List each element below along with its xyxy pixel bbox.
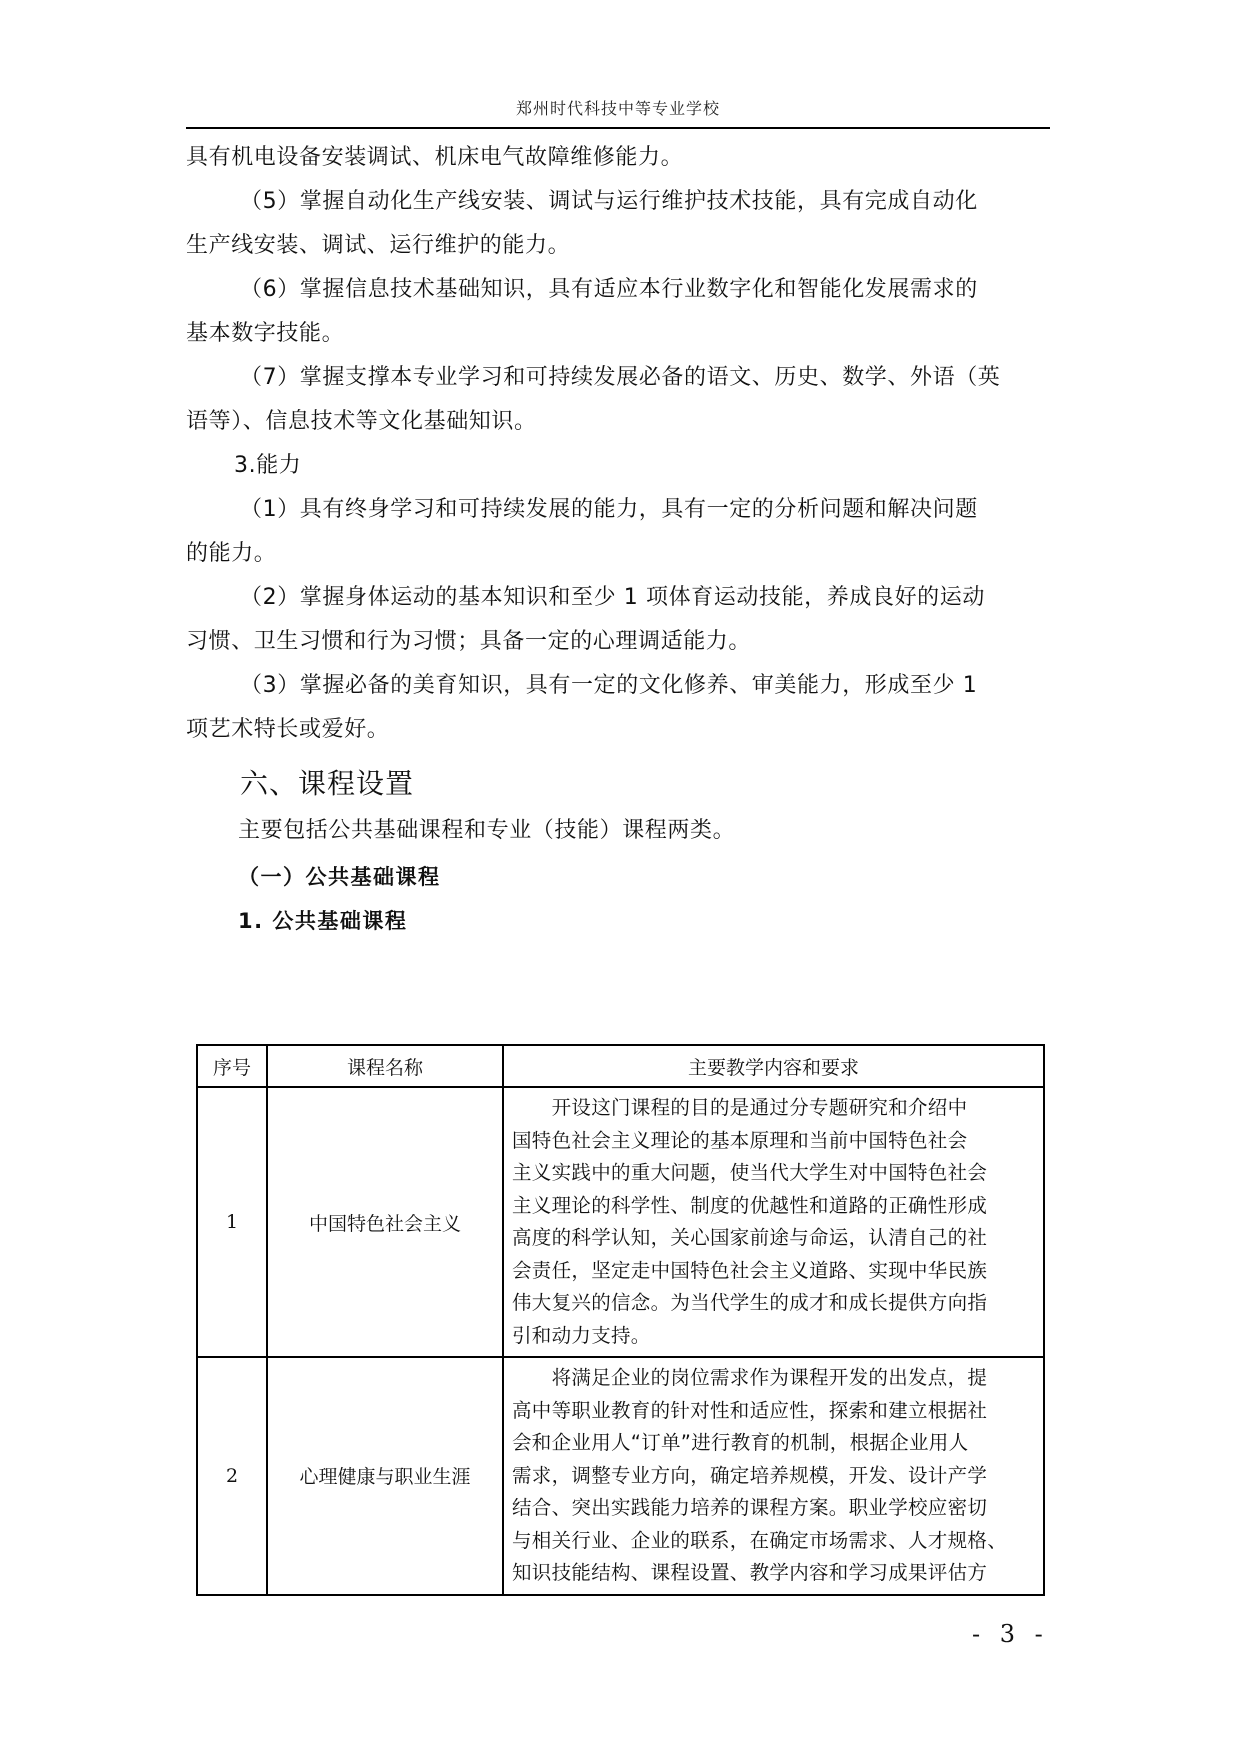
- desc-line: 与相关行业、企业的联系，在确定市场需求、人才规格、: [512, 1525, 1037, 1558]
- body-line: （2）掌握身体运动的基本知识和至少 1 项体育运动技能，养成良好的运动: [240, 585, 985, 611]
- header-content: 主要教学内容和要求: [503, 1045, 1044, 1087]
- header-course-name: 课程名称: [267, 1045, 503, 1087]
- section-intro: 主要包括公共基础课程和专业（技能）课程两类。: [238, 818, 735, 844]
- desc-line: 开设这门课程的目的是通过分专题研究和介绍中: [512, 1092, 1037, 1125]
- body-line: 项艺术特长或爱好。: [186, 717, 389, 743]
- desc-line: 伟大复兴的信念。为当代学生的成才和成长提供方向指: [512, 1287, 1037, 1320]
- body-line: 基本数字技能。: [186, 321, 344, 347]
- desc-line: 主义理论的科学性、制度的优越性和道路的正确性形成: [512, 1190, 1037, 1223]
- header-no: 序号: [197, 1045, 267, 1087]
- table-row: 2 心理健康与职业生涯 将满足企业的岗位需求作为课程开发的出发点，提 高中等职业…: [197, 1357, 1044, 1595]
- row-no: 1: [197, 1087, 267, 1357]
- course-table: 序号 课程名称 主要教学内容和要求 1 中国特色社会主义 开设这门课程的目的是通…: [196, 1044, 1045, 1596]
- desc-line: 结合、突出实践能力培养的课程方案。职业学校应密切: [512, 1492, 1037, 1525]
- desc-line: 知识技能结构、课程设置、教学内容和学习成果评估方: [512, 1557, 1037, 1590]
- desc-line: 引和动力支持。: [512, 1320, 1037, 1353]
- desc-line: 主义实践中的重大问题，使当代大学生对中国特色社会: [512, 1157, 1037, 1190]
- table-title: 1. 公共基础课程: [238, 905, 407, 935]
- table-row: 1 中国特色社会主义 开设这门课程的目的是通过分专题研究和介绍中 国特色社会主义…: [197, 1087, 1044, 1357]
- desc-line: 需求，调整专业方向，确定培养规模，开发、设计产学: [512, 1460, 1037, 1493]
- body-line: （6）掌握信息技术基础知识，具有适应本行业数字化和智能化发展需求的: [240, 277, 978, 303]
- desc-line: 会责任，坚定走中国特色社会主义道路、实现中华民族: [512, 1255, 1037, 1288]
- desc-line: 会和企业用人“订单”进行教育的机制，根据企业用人: [512, 1427, 1037, 1460]
- body-line: （3）掌握必备的美育知识，具有一定的文化修养、审美能力，形成至少 1: [240, 673, 977, 699]
- body-line: （5）掌握自动化生产线安装、调试与运行维护技术技能，具有完成自动化: [240, 189, 978, 215]
- body-line: 3.能力: [234, 453, 301, 479]
- body-line: （7）掌握支撑本专业学习和可持续发展必备的语文、历史、数学、外语（英: [240, 365, 1000, 391]
- section-title: 六、课程设置: [240, 762, 414, 802]
- row-description: 将满足企业的岗位需求作为课程开发的出发点，提 高中等职业教育的针对性和适应性，探…: [503, 1357, 1044, 1595]
- page-header-school-name: 郑州时代科技中等专业学校: [186, 96, 1050, 119]
- body-line: 习惯、卫生习惯和行为习惯；具备一定的心理调适能力。: [186, 629, 751, 655]
- body-line: （1）具有终身学习和可持续发展的能力，具有一定的分析问题和解决问题: [240, 497, 978, 523]
- row-course-name: 心理健康与职业生涯: [267, 1357, 503, 1595]
- page-number: - 3 -: [972, 1620, 1049, 1648]
- table-header-row: 序号 课程名称 主要教学内容和要求: [197, 1045, 1044, 1087]
- row-description: 开设这门课程的目的是通过分专题研究和介绍中 国特色社会主义理论的基本原理和当前中…: [503, 1087, 1044, 1357]
- body-line: 具有机电设备安装调试、机床电气故障维修能力。: [186, 145, 683, 171]
- body-line: 生产线安装、调试、运行维护的能力。: [186, 233, 570, 259]
- body-line: 语等）、信息技术等文化基础知识。: [186, 409, 537, 435]
- row-no: 2: [197, 1357, 267, 1595]
- desc-line: 国特色社会主义理论的基本原理和当前中国特色社会: [512, 1125, 1037, 1158]
- row-course-name: 中国特色社会主义: [267, 1087, 503, 1357]
- desc-line: 将满足企业的岗位需求作为课程开发的出发点，提: [512, 1362, 1037, 1395]
- desc-line: 高中等职业教育的针对性和适应性，探索和建立根据社: [512, 1395, 1037, 1428]
- body-line: 的能力。: [186, 541, 276, 567]
- subsection-title: （一）公共基础课程: [238, 861, 441, 891]
- header-rule: [186, 127, 1050, 129]
- desc-line: 高度的科学认知，关心国家前途与命运，认清自己的社: [512, 1222, 1037, 1255]
